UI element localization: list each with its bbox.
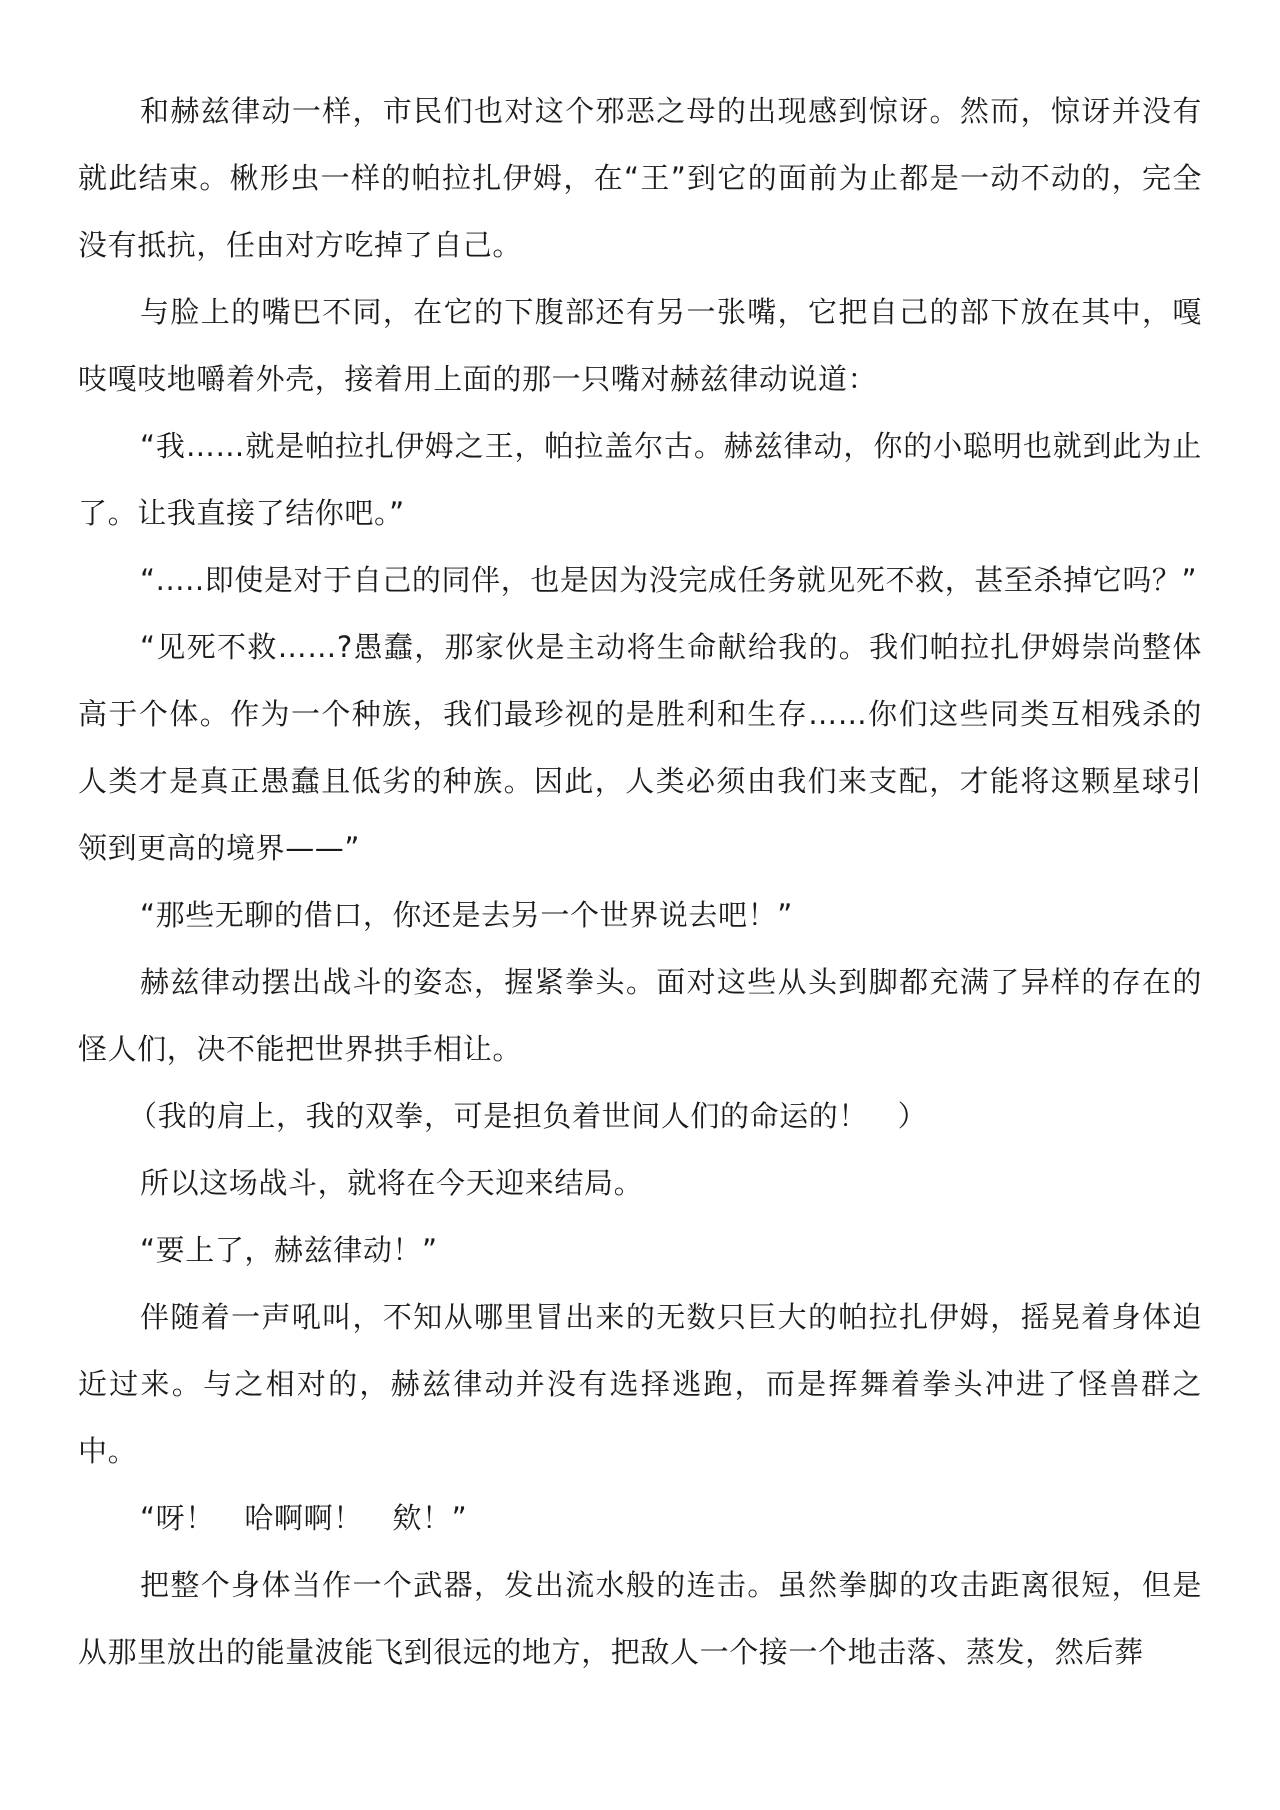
paragraph: 与脸上的嘴巴不同，在它的下腹部还有另一张嘴，它把自己的部下放在其中，嘎吱嘎吱地嚼… xyxy=(78,279,1202,413)
paragraph-dialogue: “见死不救……?愚蠢，那家伙是主动将生命献给我的。我们帕拉扎伊姆崇尚整体高于个体… xyxy=(78,614,1202,882)
paragraph-dialogue: “那些无聊的借口，你还是去另一个世界说去吧！” xyxy=(78,882,1202,949)
paragraph-dialogue: “.....即使是对于自己的同伴，也是因为没完成任务就见死不救，甚至杀掉它吗？” xyxy=(78,547,1202,614)
paragraph-dialogue: “呀！ 哈啊啊！ 欸！” xyxy=(78,1485,1202,1552)
paragraph-dialogue: “我……就是帕拉扎伊姆之王，帕拉盖尔古。赫兹律动，你的小聪明也就到此为止了。让我… xyxy=(78,413,1202,547)
document-page: 和赫兹律动一样，市民们也对这个邪恶之母的出现感到惊讶。然而，惊讶并没有就此结束。… xyxy=(78,78,1202,1686)
paragraph: 所以这场战斗，就将在今天迎来结局。 xyxy=(78,1150,1202,1217)
paragraph: 和赫兹律动一样，市民们也对这个邪恶之母的出现感到惊讶。然而，惊讶并没有就此结束。… xyxy=(78,78,1202,279)
paragraph: 赫兹律动摆出战斗的姿态，握紧拳头。面对这些从头到脚都充满了异样的存在的怪人们，决… xyxy=(78,949,1202,1083)
paragraph-dialogue: “要上了，赫兹律动！” xyxy=(78,1217,1202,1284)
paragraph-inner-thought: （我的肩上，我的双拳，可是担负着世间人们的命运的！ ） xyxy=(78,1083,1202,1150)
paragraph: 把整个身体当作一个武器，发出流水般的连击。虽然拳脚的攻击距离很短，但是从那里放出… xyxy=(78,1552,1202,1686)
paragraph: 伴随着一声吼叫，不知从哪里冒出来的无数只巨大的帕拉扎伊姆，摇晃着身体迫近过来。与… xyxy=(78,1284,1202,1485)
